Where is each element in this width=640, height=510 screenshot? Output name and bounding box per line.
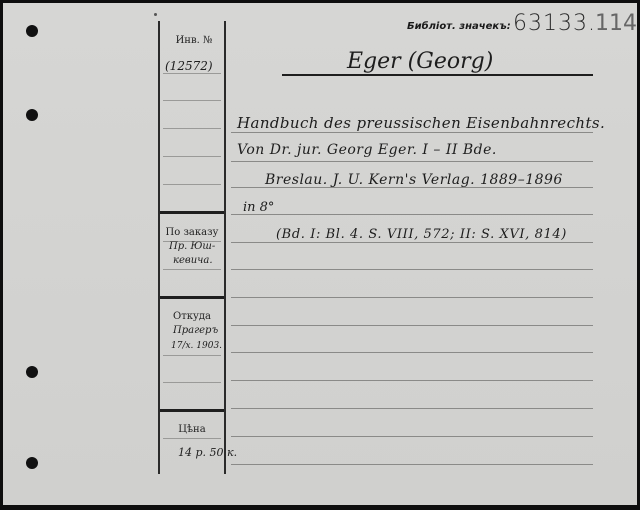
corner-mark (154, 13, 157, 16)
punch-hole-1 (26, 25, 38, 37)
punch-hole-3 (26, 366, 38, 378)
rule (231, 187, 593, 188)
source-value-line1: Прагеръ (173, 325, 218, 336)
rule (163, 100, 221, 101)
catalog-card: Библiот. значекъ: 63133. 114 Инв. № (125… (3, 3, 637, 505)
collation-line: (Bd. I: Bl. 4. S. VIII, 572; II: S. XVI,… (276, 227, 567, 242)
author-underline (282, 74, 593, 76)
rule (231, 380, 593, 381)
inventory-label: Инв. № (169, 35, 219, 47)
rule (163, 128, 221, 129)
rule (163, 382, 221, 383)
rule (231, 297, 593, 298)
section-divider (160, 211, 224, 214)
responsibility-line: Von Dr. jur. Georg Eger. I – II Bde. (237, 142, 497, 158)
inventory-value: (12572) (165, 59, 213, 73)
rule (231, 352, 593, 353)
imprint-line: Breslau. J. U. Kern's Verlag. 1889–1896 (265, 172, 563, 188)
rule (163, 156, 221, 157)
rule (231, 269, 593, 270)
rule (163, 73, 221, 74)
rule (163, 355, 221, 356)
order-value-line1: Пр. Юш- (169, 241, 215, 252)
rule (231, 436, 593, 437)
title-line: Handbuch des preussischen Eisenbahnrecht… (237, 114, 605, 132)
rule (231, 408, 593, 409)
price-value: 14 р. 50 к. (178, 446, 237, 459)
rule (231, 161, 593, 162)
rule (231, 214, 593, 215)
order-value-line2: кевича. (173, 255, 213, 266)
order-label: По заказу (161, 227, 223, 238)
rule (231, 242, 593, 243)
shelfmark-label: Библiот. значекъ: (407, 21, 511, 32)
rule (163, 269, 221, 270)
price-label: Цѣна (161, 424, 223, 435)
source-value-line2: 17/x. 1903. (171, 341, 222, 351)
rule (231, 464, 593, 465)
section-divider (160, 296, 224, 299)
section-divider (160, 409, 224, 412)
left-column-divider (224, 21, 226, 474)
punch-hole-4 (26, 457, 38, 469)
rule (231, 132, 593, 133)
rule (231, 325, 593, 326)
left-column-border (158, 21, 160, 474)
source-label: Откуда (161, 311, 223, 322)
pencil-note: 114 (595, 11, 637, 36)
rule (163, 438, 221, 439)
rule (163, 184, 221, 185)
author-heading: Eger (Georg) (347, 49, 493, 74)
format-line: in 8° (243, 200, 274, 215)
shelfmark-value: 63133. (513, 11, 596, 36)
punch-hole-2 (26, 109, 38, 121)
